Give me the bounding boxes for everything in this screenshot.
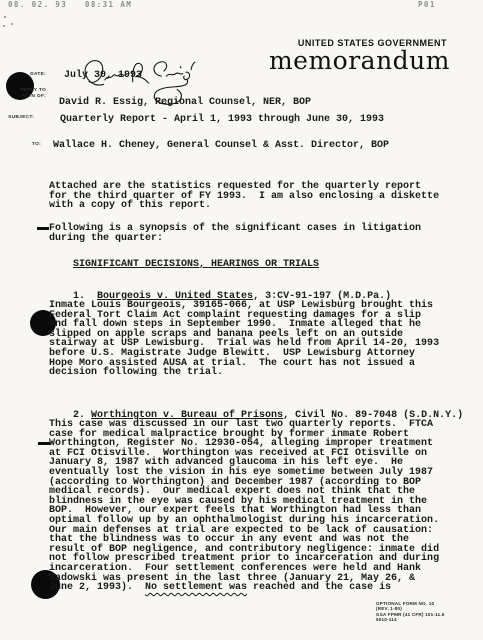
intro-paragraph: Attached are the statistics requested fo… <box>49 182 439 211</box>
form-id-block: OPTIONAL FORM NO. 10 (REV. 1-80) GSA FPM… <box>376 601 445 623</box>
to-label: TO: <box>0 142 41 147</box>
case1-paragraph: Inmate Louis Bourgeois, 39165-066, at US… <box>49 301 439 378</box>
fax-timestamp: 08. 02. 93 08:31 AM <box>8 0 132 9</box>
circle-annotation-april-1 <box>154 79 187 104</box>
case2-last-line-post: reached and the case is <box>247 582 391 593</box>
reply-to-label-line1: REPLY TO <box>0 88 46 93</box>
scanned-memo-page: 08. 02. 93 08:31 AM P01 UNITED STATES GO… <box>0 0 483 640</box>
scan-speckle <box>11 23 13 25</box>
section-heading: SIGNIFICANT DECISIONS, HEARINGS OR TRIAL… <box>49 250 319 279</box>
fax-page-indicator: P01 <box>418 0 436 9</box>
scan-speckle <box>3 25 5 27</box>
scan-speckle <box>4 16 6 18</box>
section-heading-text: SIGNIFICANT DECISIONS, HEARINGS OR TRIAL… <box>73 259 319 270</box>
case2-paragraph-text: This case was discussed in our last two … <box>49 419 439 584</box>
to-value: Wallace H. Cheney, General Counsel & Ass… <box>53 141 389 151</box>
margin-dash-1 <box>37 227 49 230</box>
case2-last-line-pre: June 2, 1993). <box>49 582 145 593</box>
reply-to-label-line2: ATTN OF: <box>0 94 46 99</box>
case2-no-settlement-underlined: No settlement was <box>145 582 247 593</box>
synopsis-paragraph: Following is a synopsis of the significa… <box>49 224 421 243</box>
letterhead-memorandum-title: memorandum <box>269 46 450 75</box>
case2-paragraph: This case was discussed in our last two … <box>49 420 439 593</box>
signature-handwriting <box>60 52 260 142</box>
subject-label: SUBJECT: <box>0 115 34 120</box>
form-id-line: 5010-114 <box>376 617 445 622</box>
date-label: DATE: <box>0 72 46 77</box>
